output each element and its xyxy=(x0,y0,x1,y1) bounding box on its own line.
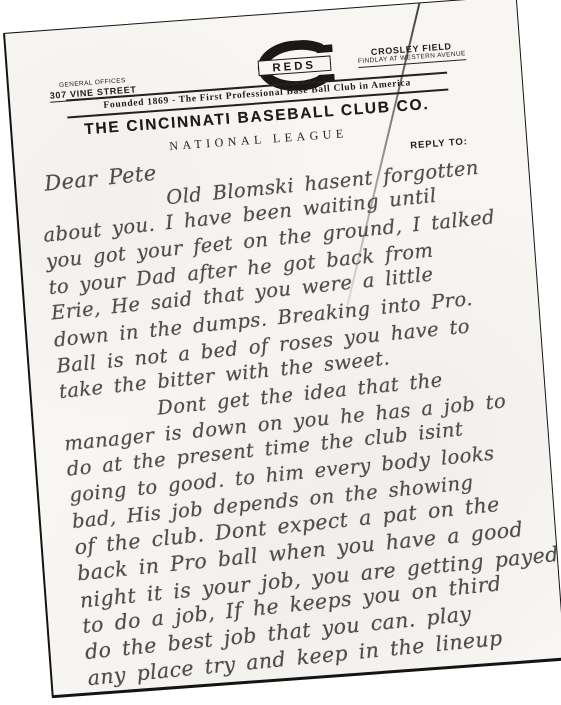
stadium-block: CROSLEY FIELD FINDLAY AT WESTERN AVENUE xyxy=(357,40,466,68)
logo-top-tip xyxy=(316,44,332,53)
letter-body: Dear Pete Old Blomski hasent forgottenab… xyxy=(37,125,560,691)
letter-paper: REDS GENERAL OFFICES 307 VINE STREET CRO… xyxy=(3,0,561,698)
scanned-letter-photo: REDS GENERAL OFFICES 307 VINE STREET CRO… xyxy=(0,0,561,705)
letterhead: REDS GENERAL OFFICES 307 VINE STREET CRO… xyxy=(5,0,516,34)
